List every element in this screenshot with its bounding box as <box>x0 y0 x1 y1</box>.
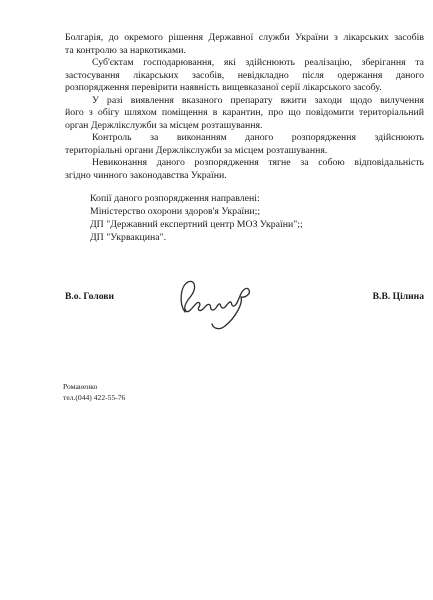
body-line: його з обігу шляхом поміщення в карантин… <box>65 107 424 120</box>
signer-name-label: В.В. Цілина <box>373 291 424 302</box>
body-line: згідно чинного законодавства України. <box>65 170 424 183</box>
body-line: та контролю за наркотиками. <box>65 45 424 58</box>
body-line: орган Держлікслужби за місцем розташуван… <box>65 120 424 133</box>
body-line: Контроль за виконанням даного розпорядже… <box>65 132 424 145</box>
copies-list: Копії даного розпорядження направлені: М… <box>65 192 424 244</box>
copies-item: Міністерство охорони здоров'я України;; <box>90 205 424 218</box>
body-line: Суб'єктам господарювання, які здійснюють… <box>65 57 424 70</box>
body-line: Невиконання даного розпорядження тягне з… <box>65 157 424 170</box>
handwritten-signature-icon <box>172 276 252 332</box>
executor-name: Романенко <box>63 382 125 393</box>
body-line: розпорядження перевірити наявність вищев… <box>65 82 424 95</box>
scanned-document-page: Болгарія, до окремого рішення Державної … <box>0 0 433 600</box>
paragraph-gap <box>65 182 424 192</box>
body-line: У разі виявлення вказаного препарату вжи… <box>65 95 424 108</box>
copies-item: ДП "Державний експертний центр МОЗ Украї… <box>90 218 424 231</box>
executor-phone: тел.(044) 422-55-76 <box>63 393 125 404</box>
body-line: територіальні органи Держлікслужби за мі… <box>65 145 424 158</box>
document-body: Болгарія, до окремого рішення Державної … <box>65 32 424 244</box>
copies-heading: Копії даного розпорядження направлені: <box>90 192 424 205</box>
copies-item: ДП "Укрвакцина". <box>90 231 424 244</box>
body-line: застосування лікарських засобів, невідкл… <box>65 70 424 83</box>
body-line: Болгарія, до окремого рішення Державної … <box>65 32 424 45</box>
signer-position-label: В.о. Голови <box>65 291 114 302</box>
executor-footer: Романенко тел.(044) 422-55-76 <box>63 382 125 403</box>
